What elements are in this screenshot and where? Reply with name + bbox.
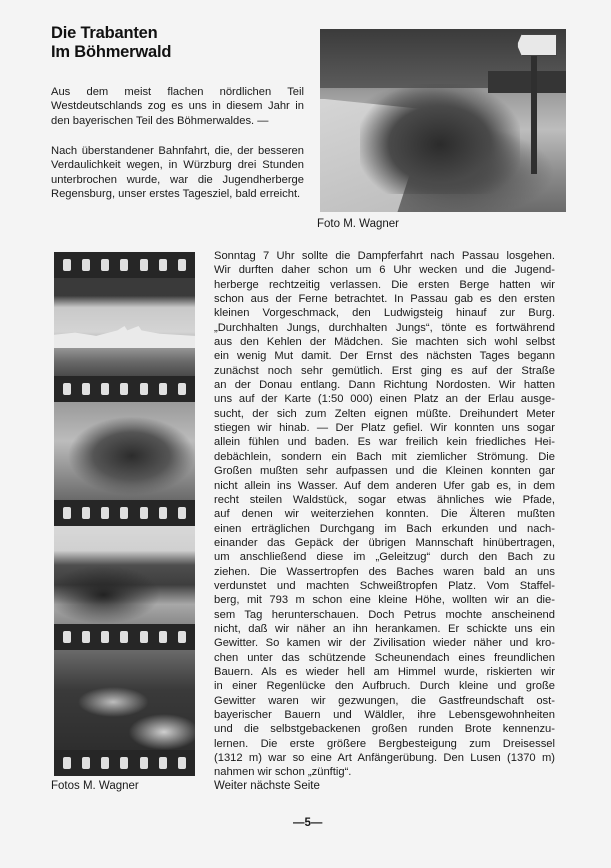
page-number: —5—	[293, 817, 322, 829]
body-line: (1312 m) war so eine Art Anfängerübung. …	[214, 751, 555, 765]
body-line: „Durchhalten Jungs, durchhalten Jungs“, …	[214, 321, 555, 335]
body-line: chen unter das schützende Scheunendach e…	[214, 651, 555, 665]
body-line: ziehen. Die Wassertropfen des Baches war…	[214, 565, 555, 579]
body-line: bayerischer Bauern und Wäldler, ihre Leb…	[214, 708, 555, 722]
body-line: nahmen wir schon „zünftig“.	[214, 765, 555, 779]
photo-direction-sign	[517, 34, 557, 56]
body-line: uns auf der Karte (1:50 000) einen Platz…	[214, 392, 555, 406]
film-perforations	[54, 750, 195, 776]
body-line: einen erträglichen Durchgang im Bach erk…	[214, 522, 555, 536]
body-line: auf denen wir weiterziehen konnten. Die …	[214, 507, 555, 521]
title-line-1: Die Trabanten	[51, 24, 171, 43]
film-perforations	[54, 376, 195, 402]
title-line-2: Im Böhmerwald	[51, 43, 171, 62]
body-line: sem Tag herunterschauen. Doch Petrus moc…	[214, 608, 555, 622]
film-frame-town	[54, 278, 195, 376]
body-line: herberge rechtzeitig verlassen. Die erst…	[214, 278, 555, 292]
town-skyline	[54, 326, 195, 348]
film-perforations	[54, 252, 195, 278]
photo-board	[488, 71, 566, 93]
body-line: berg, mit 793 m schon eine kleine Höhe, …	[214, 593, 555, 607]
article-title: Die Trabanten Im Böhmerwald	[51, 24, 171, 62]
film-perforations	[54, 624, 195, 650]
photo-group	[360, 84, 520, 194]
photo-caption-top: Foto M. Wagner	[317, 218, 399, 230]
body-line: Gewitter waren wir gezwungen, die Gastfr…	[214, 694, 555, 708]
body-line: aus den Kehlen der Mädchen. Sie machten …	[214, 335, 555, 349]
body-line: an der Donau entlang. Dann Richtung Nord…	[214, 378, 555, 392]
film-frame-stream	[54, 650, 195, 750]
film-frame-tent	[54, 402, 195, 500]
body-line: Wir durften daher schon um 6 Uhr wecken …	[214, 263, 555, 277]
body-line: und die selbstgebackenen großen runden B…	[214, 722, 555, 736]
photo-group-resting	[320, 29, 566, 212]
body-line: schon aus der Ferne betrachtet. In Passa…	[214, 292, 555, 306]
film-perforations	[54, 500, 195, 526]
body-line: nicht, daß wir näher an ihn herankamen. …	[214, 622, 555, 636]
body-line: sucht, der sich zum Zelten eignen müßte.…	[214, 407, 555, 421]
body-line: recht steilen Waldstück, sogar etwas ähn…	[214, 493, 555, 507]
body-line: ein wenig Mut damit. Der Ernst des nächs…	[214, 349, 555, 363]
body-line: Bauern. Als es wieder hell am Himmel wur…	[214, 665, 555, 679]
body-line: verdunstet und machten Schweißtropfen Pl…	[214, 579, 555, 593]
intro-paragraph-2: Nach überstandener Bahnfahrt, die, der b…	[51, 144, 304, 201]
body-line: allein fühlen und baden. Es war freilich…	[214, 435, 555, 449]
filmstrip-photos	[54, 252, 195, 776]
body-line: kleinen Vorgeschmack, den Ludwigsteig hi…	[214, 306, 555, 320]
body-line: in einer Regenlücke den Aufbruch. Durch …	[214, 679, 555, 693]
photo-signpost	[531, 54, 537, 174]
article-body: Sonntag 7 Uhr sollte die Dampferfahrt na…	[214, 249, 555, 780]
body-line: nicht allein ins Wasser. Auf dem anderen…	[214, 479, 555, 493]
intro-paragraph-1: Aus dem meist flachen nördlichen Teil We…	[51, 85, 304, 128]
body-line: stiegen wir hinab. — Der Platz gefiel. W…	[214, 421, 555, 435]
body-line: zunächst noch sehr gemütlich. Erst ging …	[214, 364, 555, 378]
body-line: Sonntag 7 Uhr sollte die Dampferfahrt na…	[214, 249, 555, 263]
body-line: Gewitter. So kamen wir der Zivilisation …	[214, 636, 555, 650]
body-line: um anschließend diese im „Geleitzug“ dur…	[214, 550, 555, 564]
filmstrip-caption: Fotos M. Wagner	[51, 780, 139, 792]
body-line: einander das Gepäck der übrigen Mannscha…	[214, 536, 555, 550]
body-line: lernen. Die erste größere Bergbesteigung…	[214, 737, 555, 751]
film-frame-hikers	[54, 526, 195, 624]
body-line: Großen mußten sehr aufpassen und die Kle…	[214, 464, 555, 478]
continued-note: Weiter nächste Seite	[214, 780, 320, 792]
body-line: debächlein, sondern ein Bach mit ziemlic…	[214, 450, 555, 464]
